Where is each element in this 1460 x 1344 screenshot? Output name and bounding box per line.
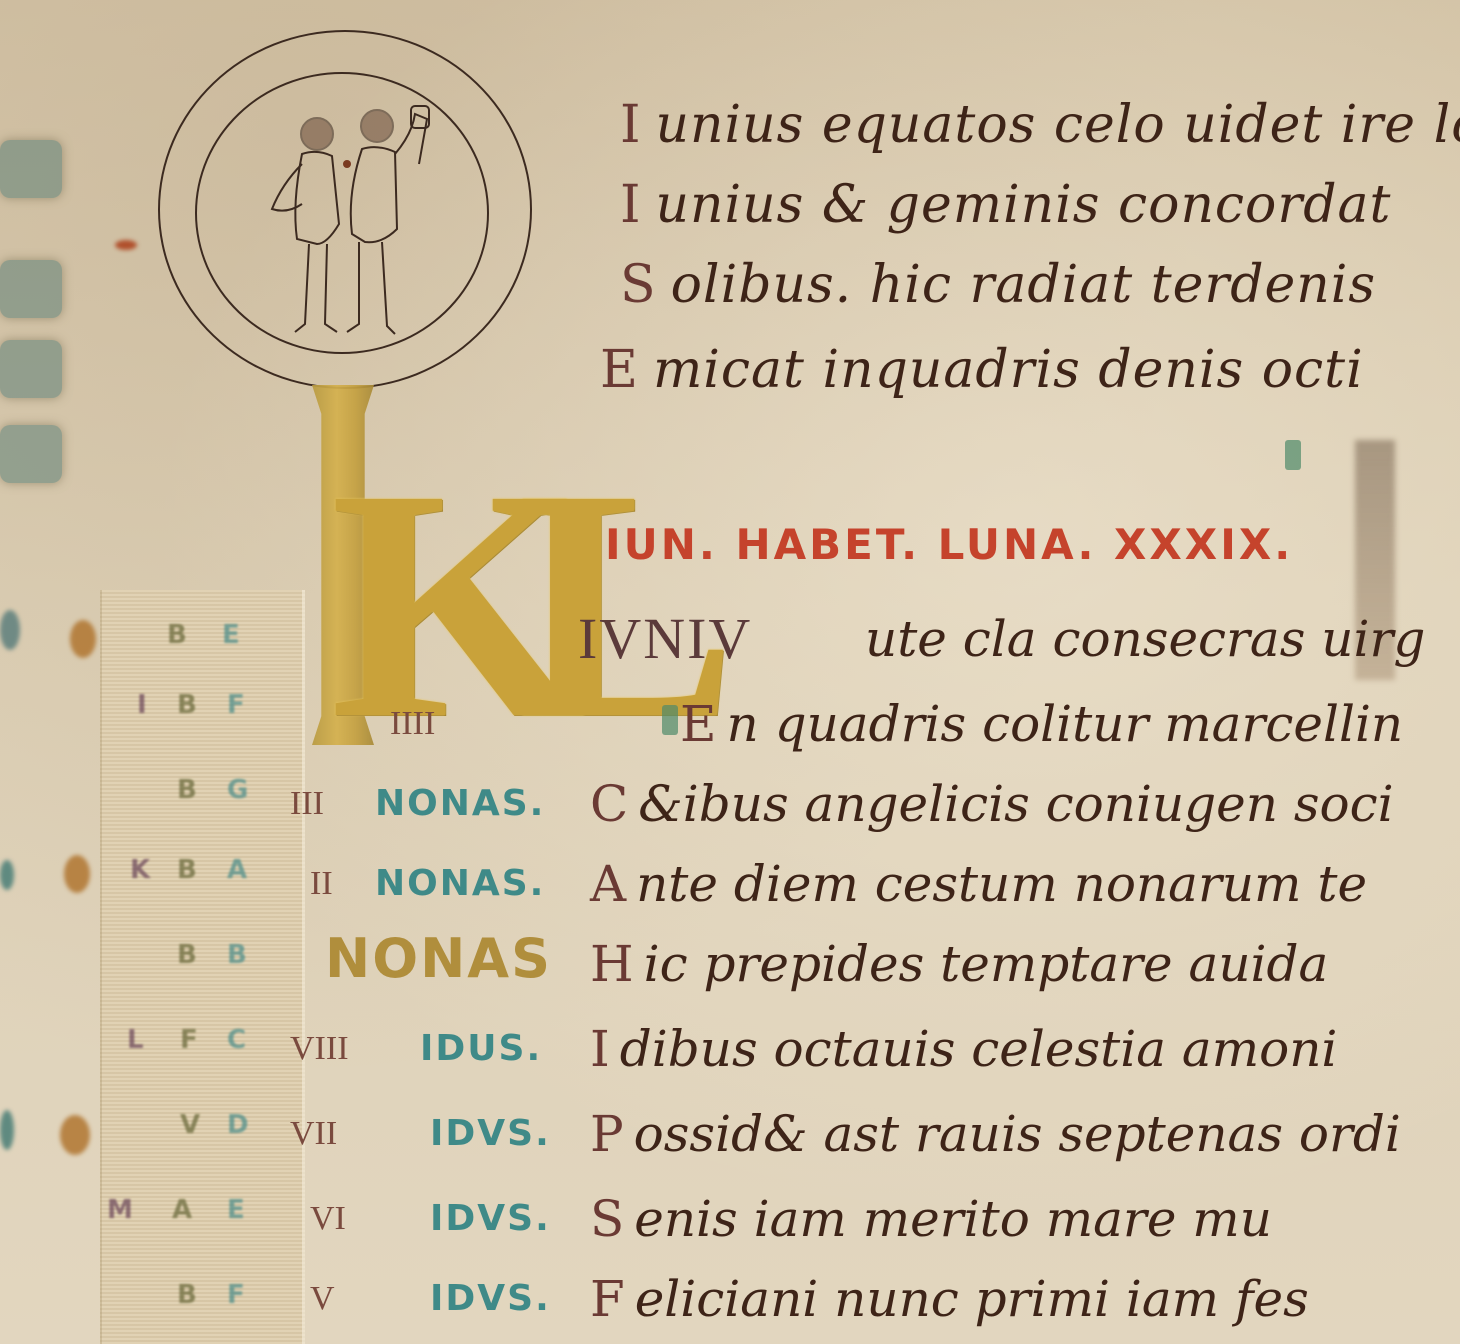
- ochre-dot: [70, 620, 96, 658]
- day-numeral: VIII: [290, 1030, 349, 1068]
- day-numeral: VII: [290, 1115, 337, 1153]
- idus-label: IDVS.: [430, 1278, 551, 1319]
- day-text: C&ibus angelicis coniugen soci: [590, 775, 1394, 833]
- strip-row: L F C: [102, 1025, 302, 1065]
- strip-row: V D: [102, 1110, 302, 1150]
- teal-edge-stain: [0, 1110, 14, 1150]
- day-text: Possid& ast rauis septenas ordi: [590, 1105, 1401, 1163]
- strip-letter: B: [227, 940, 257, 970]
- day-row: VII IDVS. Possid& ast rauis septenas ord…: [290, 1105, 1460, 1165]
- day-row: III NONAS. C&ibus angelicis coniugen soc…: [290, 775, 1460, 835]
- strip-letter: F: [180, 1025, 208, 1055]
- strip-letter: B: [167, 620, 197, 650]
- strip-letter: I: [137, 690, 157, 720]
- day-numeral: VI: [310, 1200, 346, 1238]
- verse-text: olibus. hic radiat terdenis: [671, 255, 1376, 315]
- day-text: ute cla consecras uirg: [865, 610, 1425, 668]
- day-capital: C: [590, 775, 628, 833]
- margin-tissue-strip: B E I B F B G K B A B B L F C V D M A E …: [100, 590, 305, 1344]
- day-capital: I: [590, 1020, 610, 1078]
- day-row: VI IDVS. Senis iam merito mare mu: [290, 1190, 1460, 1250]
- strip-row: B F: [102, 1280, 302, 1320]
- strip-letter: L: [127, 1025, 154, 1055]
- day-row: II NONAS. Ante diem cestum nonarum te: [290, 855, 1460, 915]
- nonas-gold-label: NONAS: [325, 927, 552, 990]
- green-mark: [1285, 440, 1301, 470]
- strip-row: B B: [102, 940, 302, 980]
- gutter-offset-marks: [0, 130, 70, 490]
- ochre-dot: [64, 855, 90, 893]
- strip-letter: E: [222, 620, 250, 650]
- verse-capital: E: [600, 340, 639, 400]
- day-text: Hic prepides temptare auida: [590, 935, 1328, 993]
- strip-letter: K: [130, 855, 160, 885]
- day-text: En quadris colitur marcellin: [680, 695, 1403, 753]
- day-line: &ibus angelicis coniugen soci: [638, 775, 1393, 833]
- strip-letter: B: [177, 690, 207, 720]
- day-row: VIII IDUS. Idibus octauis celestia amoni: [290, 1020, 1460, 1080]
- day-capital: P: [590, 1105, 624, 1163]
- day-line: ic prepides temptare auida: [644, 935, 1329, 993]
- strip-row: B G: [102, 775, 302, 815]
- day-capital: S: [590, 1190, 624, 1248]
- verse-capital: S: [620, 255, 657, 315]
- gemini-twins-icon: [247, 94, 447, 344]
- verse-capital: I: [620, 175, 642, 235]
- offset-block: [0, 425, 62, 483]
- strip-row: B E: [102, 620, 302, 660]
- strip-letter: B: [177, 775, 207, 805]
- strip-row: I B F: [102, 690, 302, 730]
- teal-edge-stain: [0, 610, 20, 650]
- day-row: V IDVS. Feliciani nunc primi iam fes: [290, 1270, 1460, 1330]
- strip-letter: F: [227, 1280, 255, 1310]
- day-text: Idibus octauis celestia amoni: [590, 1020, 1337, 1078]
- verse-line: Iunius & geminis concordat: [620, 175, 1391, 235]
- month-name: IVNIV: [578, 605, 752, 672]
- day-numeral: V: [310, 1280, 335, 1318]
- day-numeral: IIII: [390, 705, 435, 743]
- strip-letter: B: [177, 1280, 207, 1310]
- verse-text: unius & geminis concordat: [656, 175, 1392, 235]
- day-numeral: III: [290, 785, 324, 823]
- day-line: eliciani nunc primi iam fes: [635, 1270, 1309, 1328]
- strip-letter: B: [177, 940, 207, 970]
- day-line: n quadris colitur marcellin: [727, 695, 1404, 753]
- gemini-roundel: [158, 30, 532, 389]
- day-text: Feliciani nunc primi iam fes: [590, 1270, 1309, 1328]
- rubric-heading: IUN. HABET. LUNA. XXXIX.: [605, 520, 1293, 569]
- day-row: IIII En quadris colitur marcellin: [290, 695, 1460, 755]
- nonas-label: NONAS.: [375, 783, 545, 824]
- red-stain: [115, 240, 137, 250]
- strip-letter: E: [227, 1195, 255, 1225]
- strip-row: K B A: [102, 855, 302, 895]
- strip-letter: F: [227, 690, 255, 720]
- verse-capital: I: [620, 95, 642, 155]
- day-capital: F: [590, 1270, 625, 1328]
- offset-block: [0, 140, 62, 198]
- strip-letter: M: [107, 1195, 143, 1225]
- verse-line: Iunius equatos celo uidet ire lo: [620, 95, 1460, 155]
- day-line: dibus octauis celestia amoni: [620, 1020, 1338, 1078]
- nonas-label: NONAS.: [375, 863, 545, 904]
- strip-row: M A E: [102, 1195, 302, 1235]
- verse-line: Solibus. hic radiat terdenis: [620, 255, 1376, 315]
- day-numeral: II: [310, 865, 333, 903]
- verse-text: micat inquadris denis octi: [653, 340, 1364, 400]
- green-mark: [662, 705, 678, 735]
- strip-letter: C: [227, 1025, 256, 1055]
- roundel-inner-circle: [195, 72, 489, 354]
- day-capital: E: [680, 695, 717, 753]
- day-line: enis iam merito mare mu: [634, 1190, 1272, 1248]
- day-line: nte diem cestum nonarum te: [636, 855, 1367, 913]
- day-text: Senis iam merito mare mu: [590, 1190, 1272, 1248]
- offset-block: [0, 260, 62, 318]
- strip-letter: D: [227, 1110, 259, 1140]
- day-capital: A: [590, 855, 626, 913]
- day-text: Ante diem cestum nonarum te: [590, 855, 1367, 913]
- ochre-dot: [60, 1115, 90, 1155]
- strip-letter: A: [172, 1195, 202, 1225]
- offset-block: [0, 340, 62, 398]
- strip-letter: A: [227, 855, 257, 885]
- strip-letter: B: [177, 855, 207, 885]
- day-line: ossid& ast rauis septenas ordi: [634, 1105, 1401, 1163]
- idus-label: IDUS.: [420, 1028, 542, 1069]
- verse-text: unius equatos celo uidet ire lo: [656, 95, 1460, 155]
- day-row: NONAS Hic prepides temptare auida: [290, 935, 1460, 995]
- verse-line: Emicat inquadris denis octi: [600, 340, 1364, 400]
- teal-edge-stain: [0, 860, 14, 890]
- idus-label: IDVS.: [430, 1198, 551, 1239]
- idus-label: IDVS.: [430, 1113, 551, 1154]
- strip-letter: G: [227, 775, 258, 805]
- strip-letter: V: [180, 1110, 210, 1140]
- day-capital: H: [590, 935, 634, 993]
